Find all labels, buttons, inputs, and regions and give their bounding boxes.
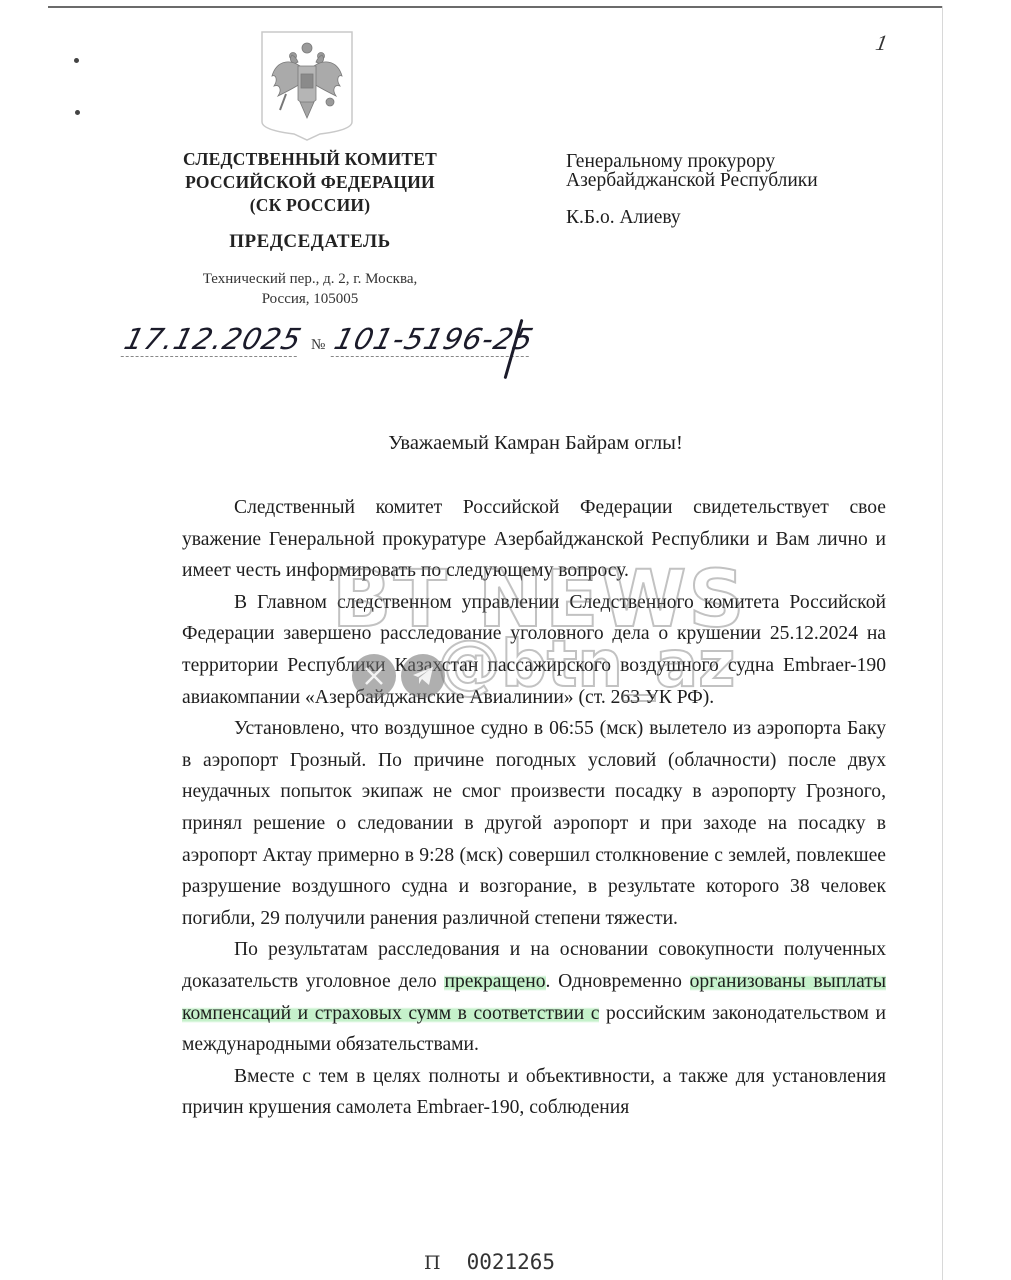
sender-header: СЛЕДСТВЕННЫЙ КОМИТЕТ РОССИЙСКОЙ ФЕДЕРАЦИ… <box>150 148 470 309</box>
letter-body: Следственный комитет Российской Федераци… <box>182 492 886 1124</box>
addressee-name: К.Б.о. Алиеву <box>566 207 906 229</box>
sender-title: ПРЕДСЕДАТЕЛЬ <box>150 231 470 253</box>
serial-letter: П <box>424 1252 441 1274</box>
registration-date: 17.12.2025 <box>121 322 306 357</box>
org-name-line: СЛЕДСТВЕННЫЙ КОМИТЕТ <box>150 148 470 171</box>
form-serial-number: П 0021265 <box>424 1250 555 1274</box>
salutation: Уважаемый Камран Байрам оглы! <box>0 432 1011 455</box>
handwritten-page-number: 1 <box>874 30 890 56</box>
body-paragraph: Установлено, что воздушное судно в 06:55… <box>182 713 886 934</box>
body-paragraph: Вместе с тем в целях полноты и объективн… <box>182 1061 886 1124</box>
number-sign: № <box>311 337 325 354</box>
org-name-line: РОССИЙСКОЙ ФЕДЕРАЦИИ <box>150 171 470 194</box>
addressee-country: Азербайджанской Республики <box>566 171 906 190</box>
highlighted-text: прекращено <box>444 971 545 992</box>
sender-address: Технический пер., д. 2, г. Москва, Росси… <box>150 269 470 309</box>
punch-hole-mark <box>75 110 80 115</box>
body-paragraph: В Главном следственном управлении Следст… <box>182 587 886 713</box>
serial-digits: 0021265 <box>467 1250 556 1274</box>
page-edge-top <box>48 6 943 8</box>
page-edge-right <box>942 6 943 1280</box>
punch-hole-mark <box>74 58 79 63</box>
body-paragraph-highlighted: По результатам расследования и на основа… <box>182 934 886 1060</box>
org-name-line: (СК РОССИИ) <box>150 194 470 217</box>
registration-number: 101-5196-25 <box>331 322 538 357</box>
body-paragraph: Следственный комитет Российской Федераци… <box>182 492 886 587</box>
russian-coat-of-arms-icon <box>260 30 354 142</box>
registration-line: 17.12.2025 № 101-5196-25 <box>125 322 533 362</box>
text-run: . Одновременно <box>546 971 690 992</box>
address-line: Технический пер., д. 2, г. Москва, <box>150 269 470 289</box>
address-line: Россия, 105005 <box>150 289 470 309</box>
addressee-block: Генеральному прокурору Азербайджанской Р… <box>566 152 906 229</box>
addressee-position: Генеральному прокурору <box>566 152 906 171</box>
